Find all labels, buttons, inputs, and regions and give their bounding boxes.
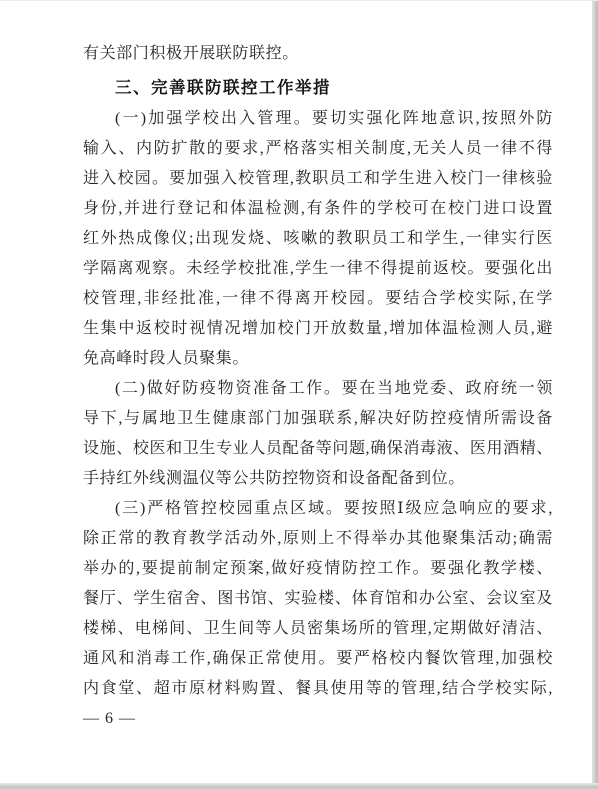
body-line: 内食堂、超市原材料购置、餐具使用等的管理,结合学校实际, — [83, 674, 553, 704]
paragraph-lead-line: (一)加强学校出入管理。要切实强化阵地意识,按照外防 — [83, 104, 553, 134]
body-line: 免高峰时段人员聚集。 — [83, 344, 553, 374]
body-line: 手持红外线测温仪等公共防控物资和设备配备到位。 — [83, 464, 553, 494]
body-line: 通风和消毒工作,确保正常使用。要严格校内餐饮管理,加强校 — [83, 644, 553, 674]
section-heading: 三、完善联防联控工作举措 — [83, 73, 553, 103]
paragraph-lead-line: (二)做好防疫物资准备工作。要在当地党委、政府统一领 — [83, 374, 553, 404]
body-line: 除正常的教育教学活动外,原则上不得举办其他聚集活动;确需 — [83, 524, 553, 554]
body-line: 红外热成像仪;出现发烧、咳嗽的教职员工和学生,一律实行医 — [83, 224, 553, 254]
body-line: 餐厅、学生宿舍、图书馆、实验楼、体育馆和办公室、会议室及 — [83, 584, 553, 614]
body-line: 设施、校医和卫生专业人员配备等问题,确保消毒液、医用酒精、 — [83, 434, 553, 464]
body-line: 进入校园。要加强入校管理,教职员工和学生进入校门一律核验 — [83, 164, 553, 194]
body-line: 生集中返校时视情况增加校门开放数量,增加体温检测人员,避 — [83, 314, 553, 344]
page-edge-shadow-bottom — [0, 783, 598, 790]
body-line: 身份,并进行登记和体温检测,有条件的学校可在校门进口设置 — [83, 194, 553, 224]
body-line: 输入、内防扩散的要求,严格落实相关制度,无关人员一律不得 — [83, 134, 553, 164]
document-body: 有关部门积极开展联防联控。 三、完善联防联控工作举措 (一)加强学校出入管理。要… — [0, 1, 598, 734]
paragraph-lead-line: (三)严格管控校园重点区域。要按照Ⅰ级应急响应的要求, — [83, 494, 553, 524]
body-line: 举办的,要提前制定预案,做好疫情防控工作。要强化教学楼、 — [83, 554, 553, 584]
body-line: 校管理,非经批准,一律不得离开校园。要结合学校实际,在学 — [83, 284, 553, 314]
page-edge-shadow-right — [592, 1, 598, 790]
page-number: — 6 — — [83, 704, 553, 734]
body-line: 学隔离观察。未经学校批准,学生一律不得提前返校。要强化出 — [83, 254, 553, 284]
body-line: 导下,与属地卫生健康部门加强联系,解决好防控疫情所需设备 — [83, 404, 553, 434]
document-page: 有关部门积极开展联防联控。 三、完善联防联控工作举措 (一)加强学校出入管理。要… — [0, 0, 598, 790]
body-line: 有关部门积极开展联防联控。 — [83, 39, 553, 69]
body-line: 楼梯、电梯间、卫生间等人员密集场所的管理,定期做好清洁、 — [83, 614, 553, 644]
